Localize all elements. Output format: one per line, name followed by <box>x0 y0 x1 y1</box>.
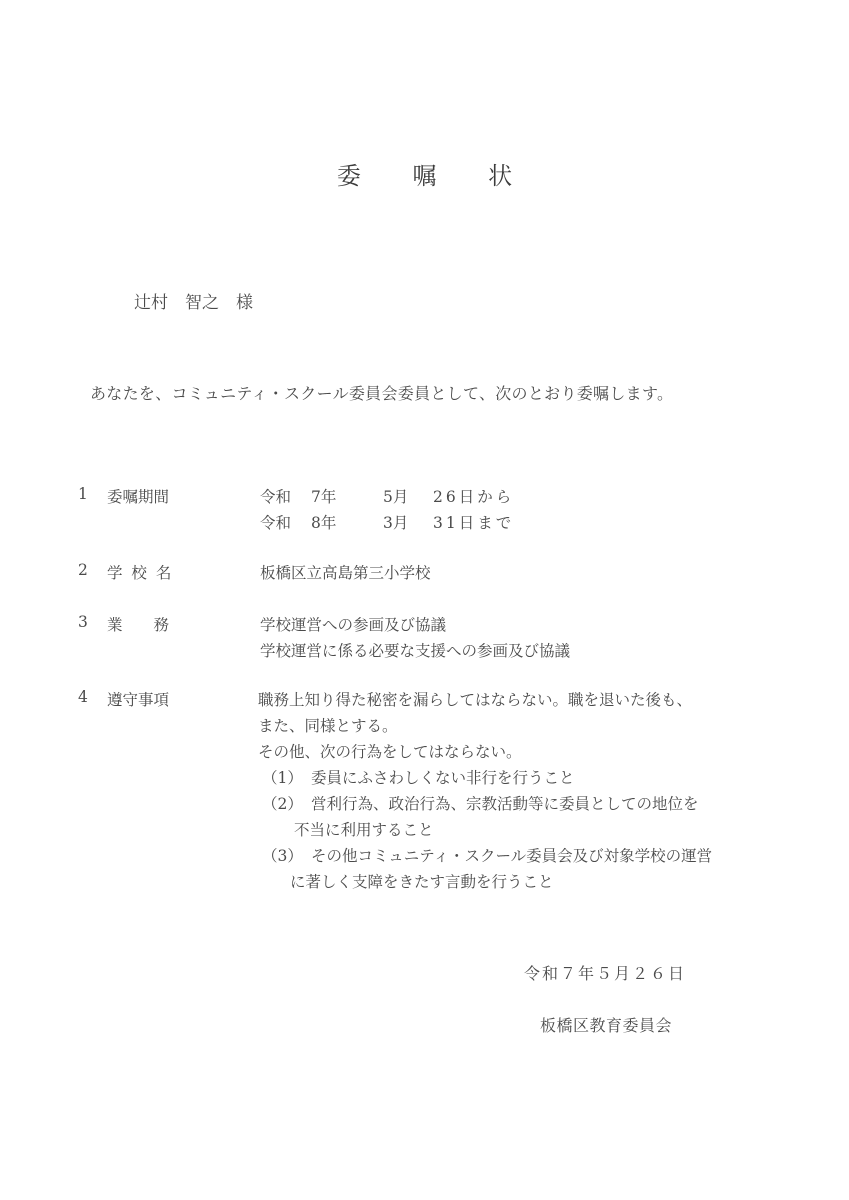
item-number: 3 <box>78 613 88 631</box>
duty-line: 学校運営への参画及び協議 <box>260 613 446 635</box>
item-label: 遵守事項 <box>107 688 169 710</box>
subitem-text: 営利行為、政治行為、宗教活動等に委員としての地位を <box>311 792 699 814</box>
intro-text: あなたを、コミュニティ・スクール委員会委員として、次のとおり委嘱します。 <box>90 381 673 404</box>
issue-date: 令和７年５月２６日 <box>524 961 686 984</box>
subitem-marker: （3） <box>262 844 303 866</box>
period-start-year: 7年 <box>311 485 336 507</box>
period-end-year: 8年 <box>311 511 336 533</box>
subitem-marker: （2） <box>262 792 303 814</box>
period-start-day: 26日から <box>433 485 514 507</box>
item-number: 2 <box>78 561 88 579</box>
item-label: 学 校 名 <box>107 561 173 583</box>
recipient-name: 辻村 智之 様 <box>134 288 253 313</box>
duty-line: 学校運営に係る必要な支援への参画及び協議 <box>260 639 570 661</box>
item-label: 業 務 <box>107 613 169 635</box>
school-name: 板橋区立高島第三小学校 <box>260 561 431 583</box>
document-title: 委 嘱 状 <box>0 156 849 191</box>
subitem-text: に著しく支障をきたす言動を行うこと <box>290 870 554 892</box>
subitem-text: 委員にふさわしくない非行を行うこと <box>311 766 575 788</box>
issuer-name: 板橋区教育委員会 <box>540 1013 672 1036</box>
period-end-month: 3月 <box>383 511 408 533</box>
compliance-line: また、同様とする。 <box>258 714 398 736</box>
period-start-month: 5月 <box>383 485 408 507</box>
subitem-text: その他コミュニティ・スクール委員会及び対象学校の運営 <box>311 844 712 866</box>
period-start-era: 令和 <box>260 485 291 507</box>
compliance-line: その他、次の行為をしてはならない。 <box>258 740 522 762</box>
period-end-era: 令和 <box>260 511 291 533</box>
item-number: 1 <box>78 485 88 503</box>
item-number: 4 <box>78 688 88 706</box>
item-label: 委嘱期間 <box>107 485 169 507</box>
subitem-text: 不当に利用すること <box>294 818 434 840</box>
compliance-line: 職務上知り得た秘密を漏らしてはならない。職を退いた後も、 <box>258 688 692 710</box>
subitem-marker: （1） <box>262 766 303 788</box>
period-end-day: 31日まで <box>433 511 514 533</box>
